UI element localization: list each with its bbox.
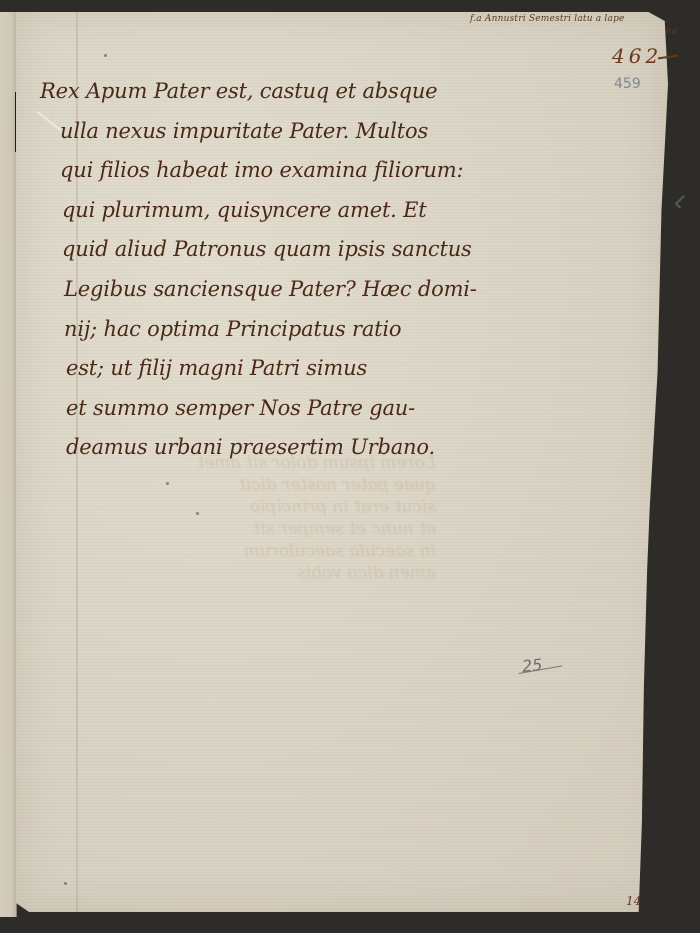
previous-leaf-edge	[0, 12, 17, 917]
ink-spot	[196, 512, 199, 515]
ink-spot	[166, 482, 169, 485]
text-line: est; ut filij magni Patri simus	[66, 349, 410, 389]
text-line: Legibus sanciensque Pater? Hæc domi-	[64, 270, 410, 310]
text-line-last: deamus urbani praesertim Urbano.	[66, 428, 410, 468]
quire-number: 14	[626, 894, 641, 908]
pencil-mark: 25	[521, 655, 543, 676]
top-margin-annotation: f.a Annustri Semestri latu a lape	[470, 14, 625, 24]
text-line: Rex Apum Pater est, castuq et absque	[40, 72, 410, 112]
folio-number-ink: 462	[612, 44, 662, 68]
text-line: ulla nexus impuritate Pater. Multos	[60, 112, 410, 152]
text-line: qui plurimum, quisyncere amet. Et	[62, 191, 410, 231]
folio-number-pencil: 459	[614, 76, 641, 92]
ink-spot	[64, 882, 67, 885]
text-line: qui filios habeat imo examina filiorum:	[60, 151, 410, 191]
bleed-through-text: Lorem ipsum dolor sit amet quae pater no…	[166, 452, 436, 584]
text-line: et summo semper Nos Patre gau-	[66, 389, 410, 429]
top-margin-mark: ee	[666, 26, 678, 37]
text-line: nij; hac optima Principatus ratio	[64, 310, 410, 350]
ink-spot	[104, 54, 107, 57]
text-line: quid aliud Patronus quam ipsis sanctus	[62, 230, 410, 270]
handwritten-body: Rex Apum Pater est, castuq et absque ull…	[40, 72, 410, 468]
